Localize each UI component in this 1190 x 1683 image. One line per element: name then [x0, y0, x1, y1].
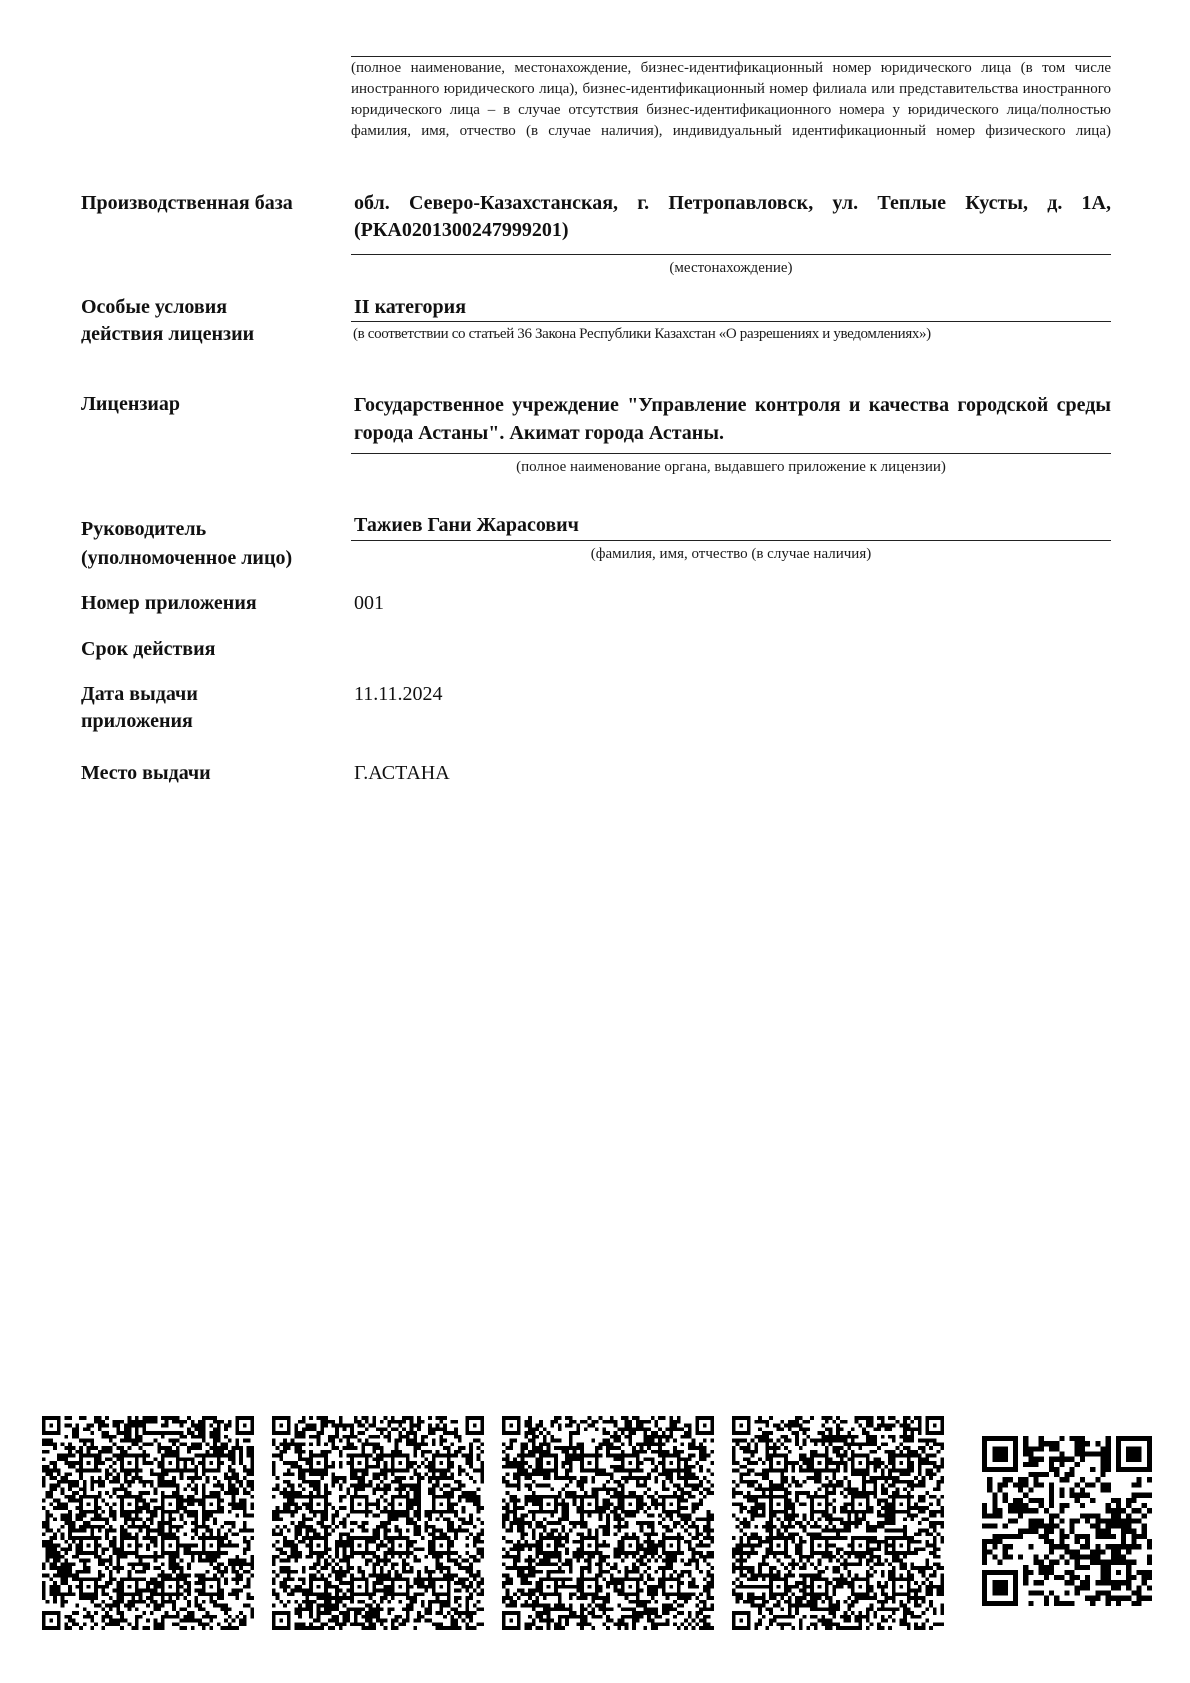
head-underline	[351, 540, 1111, 541]
head-label: Руководитель (уполномоченное лицо)	[81, 515, 341, 573]
issue-date-label: Дата выдачи приложения	[81, 681, 341, 735]
licensor-label: Лицензиар	[81, 391, 341, 418]
production-base-caption: (местонахождение)	[351, 258, 1111, 279]
qr-code-3	[502, 1416, 714, 1630]
head-value: Тажиев Гани Жарасович	[354, 512, 1111, 539]
special-conditions-label: Особые условия действия лицензии	[81, 294, 341, 348]
special-conditions-caption: (в соответствии со статьей 36 Закона Рес…	[353, 324, 1113, 345]
holder-caption: (полное наименование, местонахождение, б…	[351, 58, 1111, 142]
issue-date-label-line1: Дата выдачи	[81, 681, 341, 708]
qr-code-2	[272, 1416, 484, 1630]
issue-place-value: Г.АСТАНА	[354, 760, 450, 787]
holder-underline	[351, 56, 1111, 57]
issue-date-label-line2: приложения	[81, 708, 341, 735]
licensor-caption: (полное наименование органа, выдавшего п…	[351, 457, 1111, 478]
special-conditions-value: II категория	[354, 294, 1111, 321]
appendix-number-label: Номер приложения	[81, 590, 341, 617]
issue-date-value: 11.11.2024	[354, 681, 443, 708]
qr-code-1	[42, 1416, 254, 1630]
validity-label: Срок действия	[81, 636, 341, 663]
appendix-number-value: 001	[354, 590, 384, 617]
qr-code-4	[732, 1416, 944, 1630]
licensor-value: Государственное учреждение "Управление к…	[354, 391, 1111, 447]
qr-code-5	[982, 1436, 1152, 1606]
issue-place-label: Место выдачи	[81, 760, 341, 787]
production-base-underline	[351, 254, 1111, 255]
licensor-underline	[351, 453, 1111, 454]
production-base-value: обл. Северо-Казахстанская, г. Петропавло…	[354, 190, 1111, 244]
production-base-label: Производственная база	[81, 190, 351, 217]
special-conditions-label-line1: Особые условия	[81, 294, 341, 321]
special-conditions-underline	[351, 321, 1111, 322]
head-label-line2: (уполномоченное лицо)	[81, 544, 341, 573]
head-label-line1: Руководитель	[81, 515, 341, 544]
head-caption: (фамилия, имя, отчество (в случае наличи…	[351, 544, 1111, 565]
special-conditions-label-line2: действия лицензии	[81, 321, 341, 348]
